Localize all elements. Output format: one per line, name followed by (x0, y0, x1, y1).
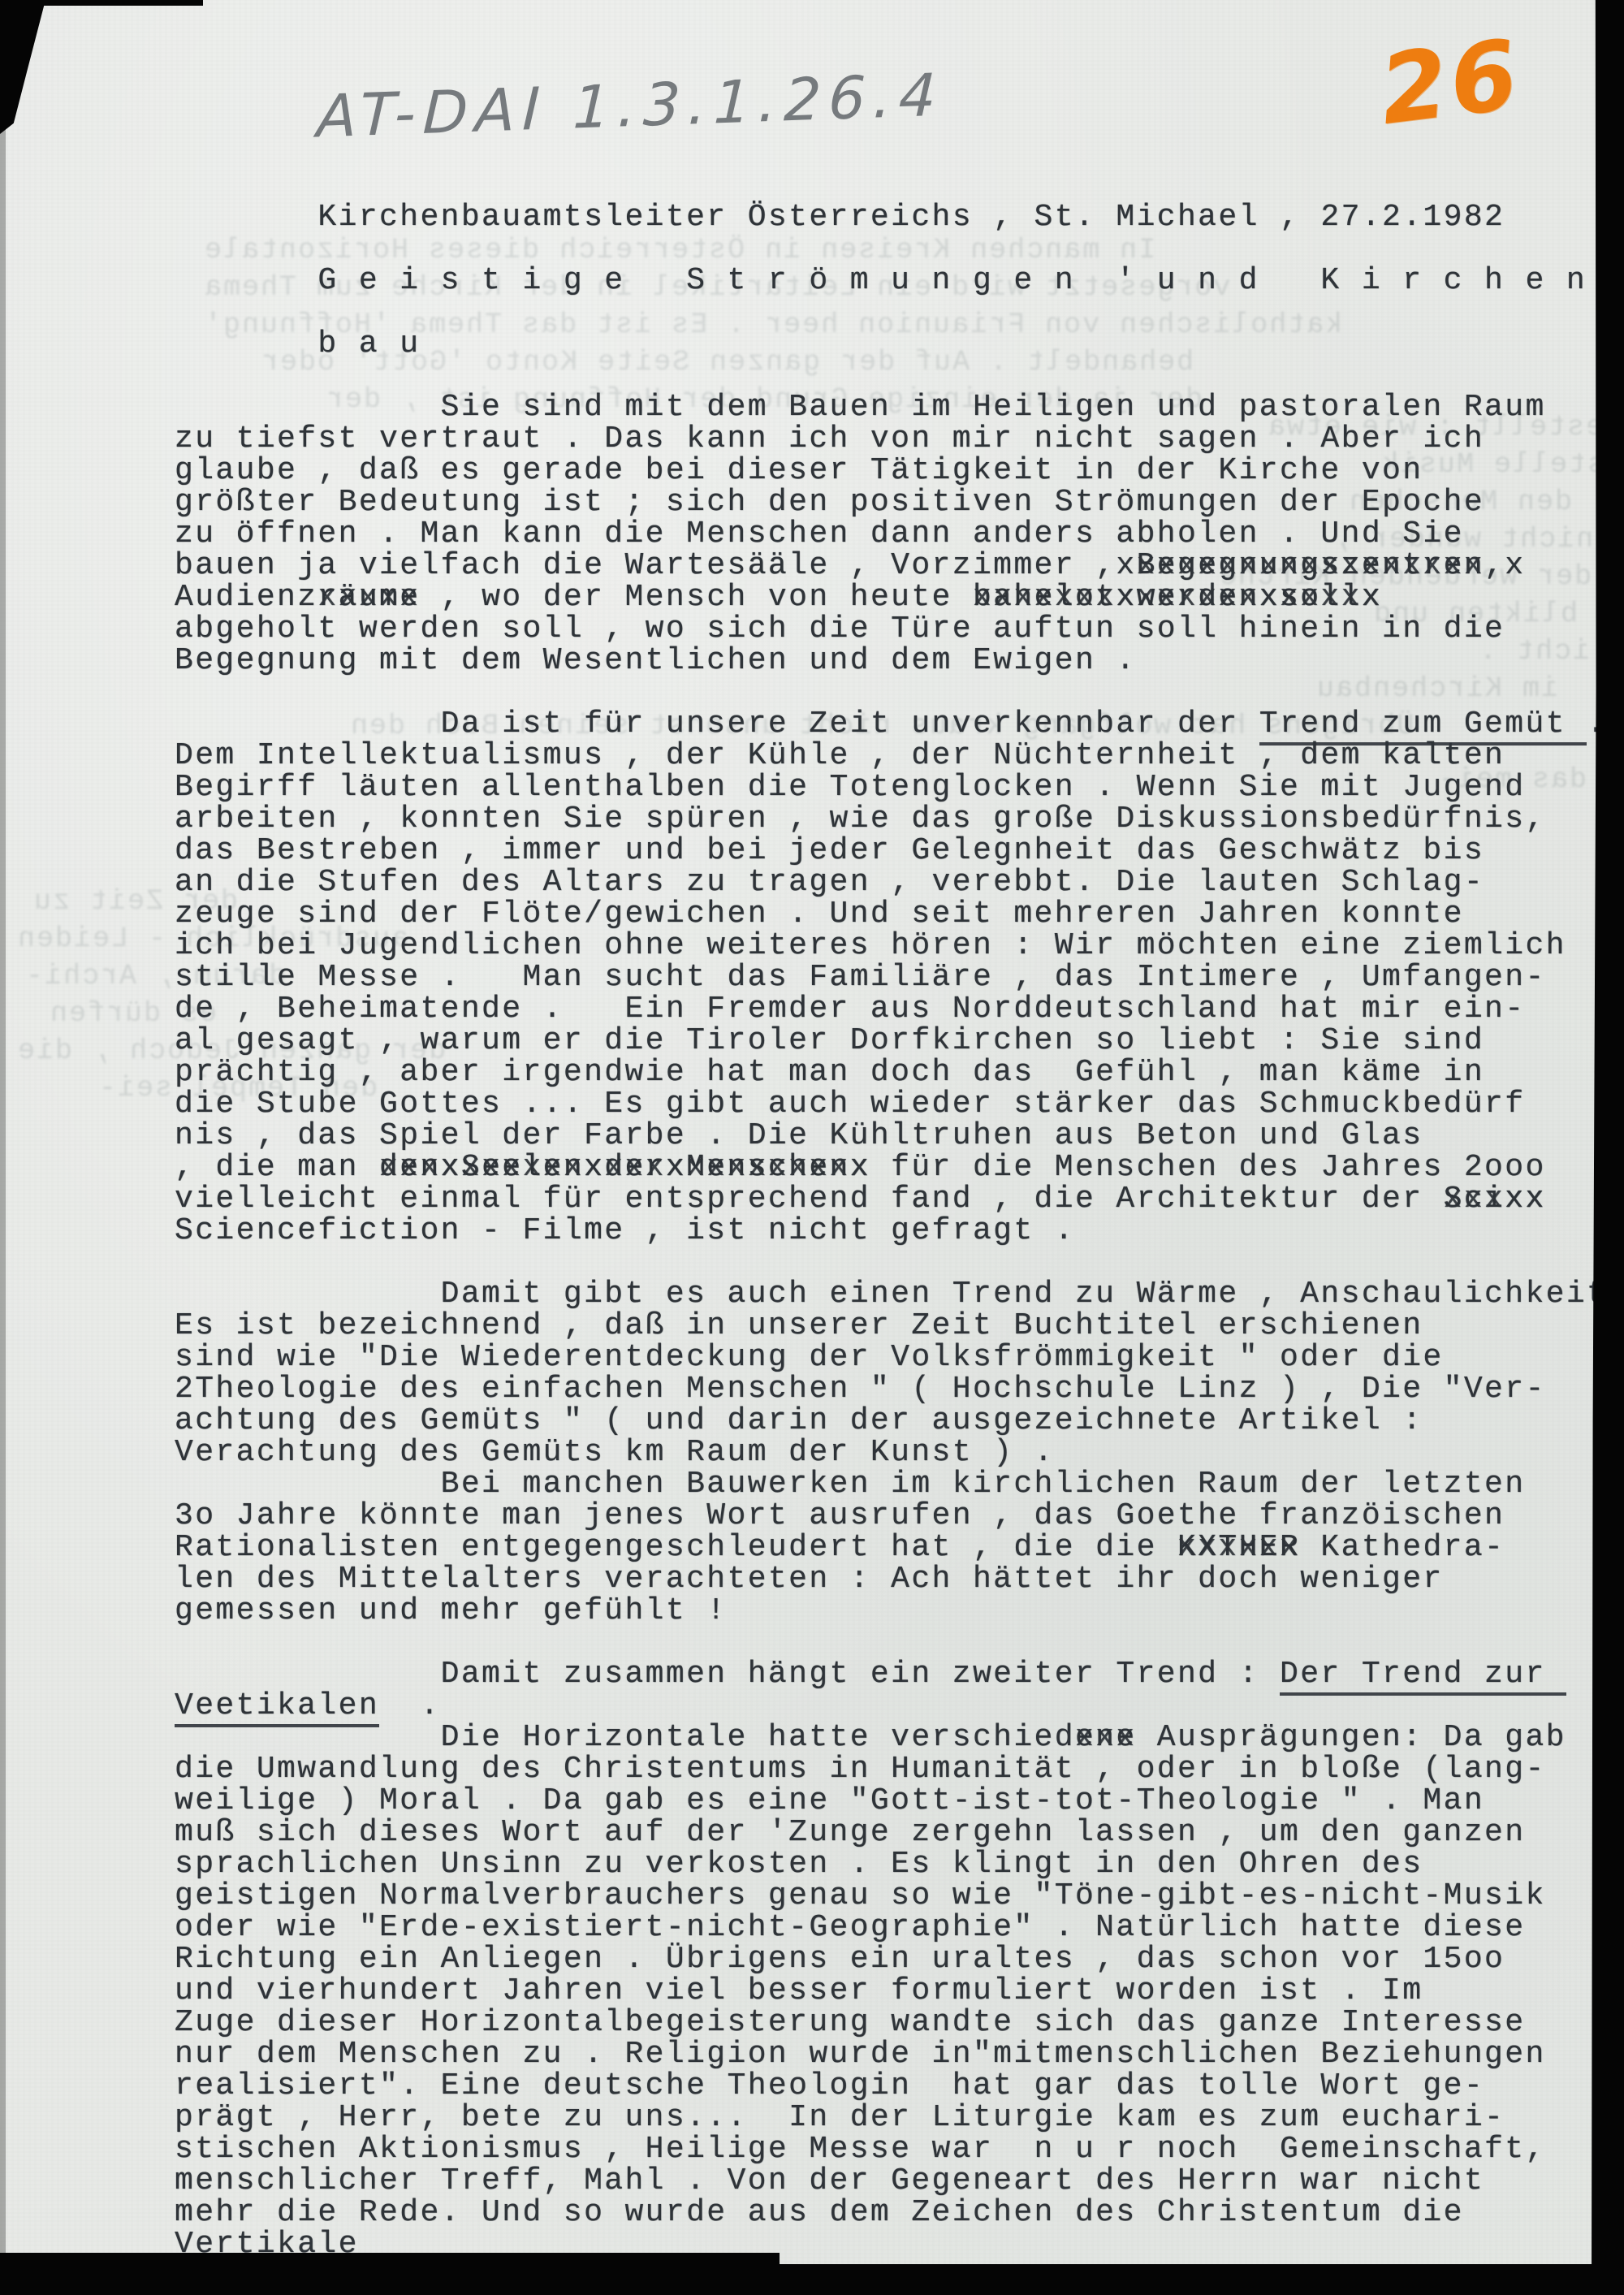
text-line: gemessen und mehr gefühlt ! (175, 1595, 1605, 1627)
text-line: Begirff läuten allenthalben die Totenglo… (175, 771, 1605, 803)
underlined-text: Der Trend zur (1280, 1657, 1566, 1696)
text-segment: mehr die Rede. Und so wurde aus dem Zeic… (175, 2195, 1464, 2230)
text-line: prägt , Herr, bete zu uns... In der Litu… (175, 2102, 1605, 2133)
text-segment: G e i s t i g e S t r ö m u n g e n ' u … (175, 263, 1624, 298)
text-line: die Umwandlung des Christentums in Human… (175, 1753, 1605, 1785)
text-line: Sie sind mit dem Bauen im Heiligen und p… (175, 391, 1605, 423)
text-line: len des Mittelalters verachteten : Ach h… (175, 1563, 1605, 1595)
text-segment: Ausprägungen: Da gab (1137, 1720, 1566, 1755)
text-segment: , die man (175, 1150, 379, 1185)
handwritten-page-number: 26 (1374, 18, 1527, 146)
text-segment: bauen ja vielfach die Wartesääle , Vorzi… (175, 548, 1137, 583)
text-line: glaube , daß es gerade bei dieser Tätigk… (175, 455, 1605, 486)
text-segment: glaube , daß es gerade bei dieser Tätigk… (175, 453, 1423, 488)
text-segment: Damit zusammen hängt ein zweiter Trend : (175, 1657, 1280, 1692)
text-segment: Zuge dieser Horizontalbegeisterung wandt… (175, 2005, 1525, 2040)
text-segment: Da ist für unsere Zeit unverkennbar der (175, 707, 1259, 741)
text-segment: gemessen und mehr gefühlt ! (175, 1593, 728, 1628)
text-segment: Begirff läuten allenthalben die Totenglo… (175, 770, 1525, 805)
text-segment: de , Beheimatende . Ein Fremder aus Nord… (175, 992, 1525, 1026)
text-segment: prägt , Herr, bete zu uns... In der Litu… (175, 2100, 1505, 2135)
text-segment: zu tiefst vertraut . Das kann ich von mi… (175, 421, 1484, 456)
text-line: 3o Jahre könnte man jenes Wort ausrufen … (175, 1500, 1605, 1532)
text-segment: stille Messe . Man sucht das Familiäre ,… (175, 960, 1546, 995)
text-segment: größter Bedeutung ist ; sich den positiv… (175, 485, 1484, 520)
text-line: geistigen Normalverbrauchers genau so wi… (175, 1880, 1605, 1912)
text-line: Zuge dieser Horizontalbegeisterung wandt… (175, 2007, 1605, 2038)
text-line: Bei manchen Bauwerken im kirchlichen Rau… (175, 1468, 1605, 1500)
text-line: das Bestreben , immer und bei jeder Gele… (175, 835, 1605, 867)
text-line: nur dem Menschen zu . Religion wurde in"… (175, 2038, 1605, 2070)
paper-page: In manchen Kreisen in Österreich dieses … (0, 0, 1624, 2295)
text-line: 2Theologie des einfachen Menschen " ( Ho… (175, 1373, 1605, 1405)
text-segment: menschlicher Treff, Mahl . Von der Gegen… (175, 2163, 1484, 2198)
text-line: Verachtung des Gemüts km Raum der Kunst … (175, 1437, 1605, 1468)
text-segment: abgeholt werden soll , wo sich die Türe … (175, 612, 1505, 646)
text-segment: Kirchenbauamtsleiter Österreichs , St. M… (175, 200, 1505, 235)
text-line: nis , das Spiel der Farbe . Die Kühltruh… (175, 1120, 1605, 1152)
text-segment: geistigen Normalverbrauchers genau so wi… (175, 1878, 1546, 1913)
text-line: Begegnung mit dem Wesentlichen und dem E… (175, 645, 1605, 676)
text-line: oder wie "Erde-existiert-nicht-Geographi… (175, 1912, 1605, 1943)
text-segment: sind wie "Die Wiederentdeckung der Volks… (175, 1340, 1444, 1375)
text-line: Sciencefiction - Filme , ist nicht gefra… (175, 1215, 1605, 1247)
text-line (175, 233, 1605, 265)
text-segment: Verachtung des Gemüts km Raum der Kunst … (175, 1435, 1055, 1470)
struck-out-text: räumexxxxx (317, 581, 420, 613)
text-segment: Bei manchen Bauwerken im kirchlichen Rau… (175, 1467, 1525, 1502)
text-segment: Rationalisten entgegengeschleudert hat ,… (175, 1530, 1177, 1565)
struck-out-text: denxSeelenxderxMenschenxxxxxxxxxxxxxxxxx… (379, 1152, 870, 1183)
text-line: Da ist für unsere Zeit unverkennbar der … (175, 708, 1605, 740)
text-line: Es ist bezeichnend , daß in unserer Zeit… (175, 1310, 1605, 1342)
text-segment: sprachlichen Unsinn zu verkosten . Es kl… (175, 1847, 1423, 1882)
text-segment: Kathedra- (1300, 1530, 1505, 1565)
struck-out-text: enexxx (1075, 1722, 1137, 1753)
text-segment: al gesagt , warum er die Tiroler Dorfkir… (175, 1023, 1484, 1058)
text-line: menschlicher Treff, Mahl . Von der Gegen… (175, 2165, 1605, 2197)
struck-out-text: Scixxxxxxx (1444, 1183, 1546, 1215)
text-line: de , Beheimatende . Ein Fremder aus Nord… (175, 993, 1605, 1025)
text-line: stille Messe . Man sucht das Familiäre ,… (175, 962, 1605, 993)
text-segment: an die Stufen des Altars zu tragen , ver… (175, 865, 1484, 900)
text-line: an die Stufen des Altars zu tragen , ver… (175, 867, 1605, 898)
text-segment: Es ist bezeichnend , daß in unserer Zeit… (175, 1308, 1423, 1343)
text-line: zu öffnen . Man kann die Menschen dann a… (175, 518, 1605, 550)
text-segment: Die Horizontale hatte verschied (175, 1720, 1075, 1755)
text-segment: Sie sind mit dem Bauen im Heiligen und p… (175, 390, 1546, 425)
text-line: achtung des Gemüts " ( und darin der aus… (175, 1405, 1605, 1437)
scan-edge-left (0, 0, 6, 2295)
text-line: Damit gibt es auch einen Trend zu Wärme … (175, 1278, 1605, 1310)
text-segment: nis , das Spiel der Farbe . Die Kühltruh… (175, 1118, 1423, 1153)
text-line: vielleicht einmal für entsprechend fand … (175, 1183, 1605, 1215)
text-line (175, 1247, 1605, 1278)
struck-out-text: Begegnungszentrenxxxxxxxxxxxxxxxxx (1137, 550, 1484, 581)
text-line: Dem Intellektualismus , der Kühle , der … (175, 740, 1605, 771)
text-line (175, 676, 1605, 708)
text-segment: zeuge sind der Flöte/gewichen . Und seit… (175, 897, 1464, 931)
scan-edge-top (0, 0, 203, 6)
text-line (175, 1627, 1605, 1658)
text-line: sprachlichen Unsinn zu verkosten . Es kl… (175, 1848, 1605, 1880)
text-segment: 2Theologie des einfachen Menschen " ( Ho… (175, 1372, 1546, 1407)
text-line: zeuge sind der Flöte/gewichen . Und seit… (175, 898, 1605, 930)
text-segment: vielleicht einmal für entsprechend fand … (175, 1182, 1444, 1217)
text-line: Richtung ein Anliegen . Übrigens ein ura… (175, 1943, 1605, 1975)
text-line: mehr die Rede. Und so wurde aus dem Zeic… (175, 2197, 1605, 2228)
text-segment: weilige ) Moral . Da gab es eine "Gott-i… (175, 1783, 1484, 1818)
struck-out-text: bahelotxwerdenxsollxxxxxxxxxxxxxxxxxxxxx (973, 581, 1382, 613)
text-line: die Stube Gottes ... Es gibt auch wieder… (175, 1088, 1605, 1120)
text-segment: Damit gibt es auch einen Trend zu Wärme … (175, 1277, 1624, 1312)
text-line: bauen ja vielfach die Wartesääle , Vorzi… (175, 550, 1605, 581)
handwritten-archive-note: AT-DAI 1.3.1.26.4 (316, 60, 944, 150)
scan-edge-bottom (0, 2264, 1624, 2295)
text-line: muß sich dieses Wort auf der 'Zunge zerg… (175, 1817, 1605, 1848)
text-segment: , wo der Mensch von heute (420, 580, 973, 615)
text-line: b a u (175, 328, 1605, 360)
text-segment: 3o Jahre könnte man jenes Wort ausrufen … (175, 1498, 1505, 1533)
text-segment: ,x (1484, 548, 1525, 583)
text-line: Audienzräumexxxxx , wo der Mensch von he… (175, 581, 1605, 613)
text-line: Die Horizontale hatte verschiedenexxx Au… (175, 1722, 1605, 1753)
text-segment: Sciencefiction - Filme , ist nicht gefra… (175, 1213, 1075, 1248)
text-line: sind wie "Die Wiederentdeckung der Volks… (175, 1342, 1605, 1373)
text-segment: Begegnung mit dem Wesentlichen und dem E… (175, 643, 1137, 678)
text-line: abgeholt werden soll , wo sich die Türe … (175, 613, 1605, 645)
text-segment: und vierhundert Jahren viel besser formu… (175, 1973, 1423, 2008)
text-line: stischen Aktionismus , Heilige Messe war… (175, 2133, 1605, 2165)
text-segment: b a u (175, 326, 420, 361)
text-line: Kirchenbauamtsleiter Österreichs , St. M… (175, 201, 1605, 233)
typed-text: Kirchenbauamtsleiter Österreichs , St. M… (175, 201, 1605, 2260)
text-segment: zu öffnen . Man kann die Menschen dann a… (175, 516, 1464, 551)
text-line (175, 296, 1605, 328)
text-line: prächtig , aber irgendwie hat man doch d… (175, 1057, 1605, 1088)
text-segment: prächtig , aber irgendwie hat man doch d… (175, 1055, 1484, 1090)
text-line: realisiert". Eine deutsche Theologin hat… (175, 2070, 1605, 2102)
text-segment: für die Menschen des Jahres 2ooo (870, 1150, 1546, 1185)
text-line: Rationalisten entgegengeschleudert hat ,… (175, 1532, 1605, 1563)
text-segment: oder wie "Erde-existiert-nicht-Geographi… (175, 1910, 1525, 1945)
text-line: und vierhundert Jahren viel besser formu… (175, 1975, 1605, 2007)
text-segment: Richtung ein Anliegen . Übrigens ein ura… (175, 1942, 1505, 1977)
text-segment: das Bestreben , immer und bei jeder Gele… (175, 833, 1484, 868)
text-line: G e i s t i g e S t r ö m u n g e n ' u … (175, 265, 1605, 296)
text-segment: ich bei Jugendlichen ohne weiteres hören… (175, 928, 1566, 963)
text-segment: muß sich dieses Wort auf der 'Zunge zerg… (175, 1815, 1525, 1850)
text-line: , die man denxSeelenxderxMenschenxxxxxxx… (175, 1152, 1605, 1183)
text-segment: arbeiten , konnten Sie spüren , wie das … (175, 802, 1546, 836)
text-line: ich bei Jugendlichen ohne weiteres hören… (175, 930, 1605, 962)
text-segment: nur dem Menschen zu . Religion wurde in"… (175, 2037, 1546, 2072)
text-line: größter Bedeutung ist ; sich den positiv… (175, 486, 1605, 518)
text-segment: . (379, 1688, 441, 1723)
text-segment: achtung des Gemüts " ( und darin der aus… (175, 1403, 1423, 1438)
scan-edge-right (1592, 0, 1624, 2295)
text-segment: realisiert". Eine deutsche Theologin hat… (175, 2068, 1484, 2103)
text-line: al gesagt , warum er die Tiroler Dorfkir… (175, 1025, 1605, 1057)
text-segment: die Stube Gottes ... Es gibt auch wieder… (175, 1087, 1525, 1122)
text-segment: Audienz (175, 580, 317, 615)
struck-out-text: KXTHERxxxxxx (1177, 1532, 1300, 1563)
text-line: Damit zusammen hängt ein zweiter Trend :… (175, 1658, 1605, 1690)
text-segment: die Umwandlung des Christentums in Human… (175, 1752, 1546, 1787)
text-segment: stischen Aktionismus , Heilige Messe war… (175, 2132, 1546, 2167)
scanned-document: In manchen Kreisen in Österreich dieses … (0, 0, 1624, 2295)
text-segment: len des Mittelalters verachteten : Ach h… (175, 1562, 1444, 1597)
text-line (175, 360, 1605, 391)
text-segment: Dem Intellektualismus , der Kühle , der … (175, 738, 1505, 773)
text-line: arbeiten , konnten Sie spüren , wie das … (175, 803, 1605, 835)
text-line: weilige ) Moral . Da gab es eine "Gott-i… (175, 1785, 1605, 1817)
text-line: zu tiefst vertraut . Das kann ich von mi… (175, 423, 1605, 455)
